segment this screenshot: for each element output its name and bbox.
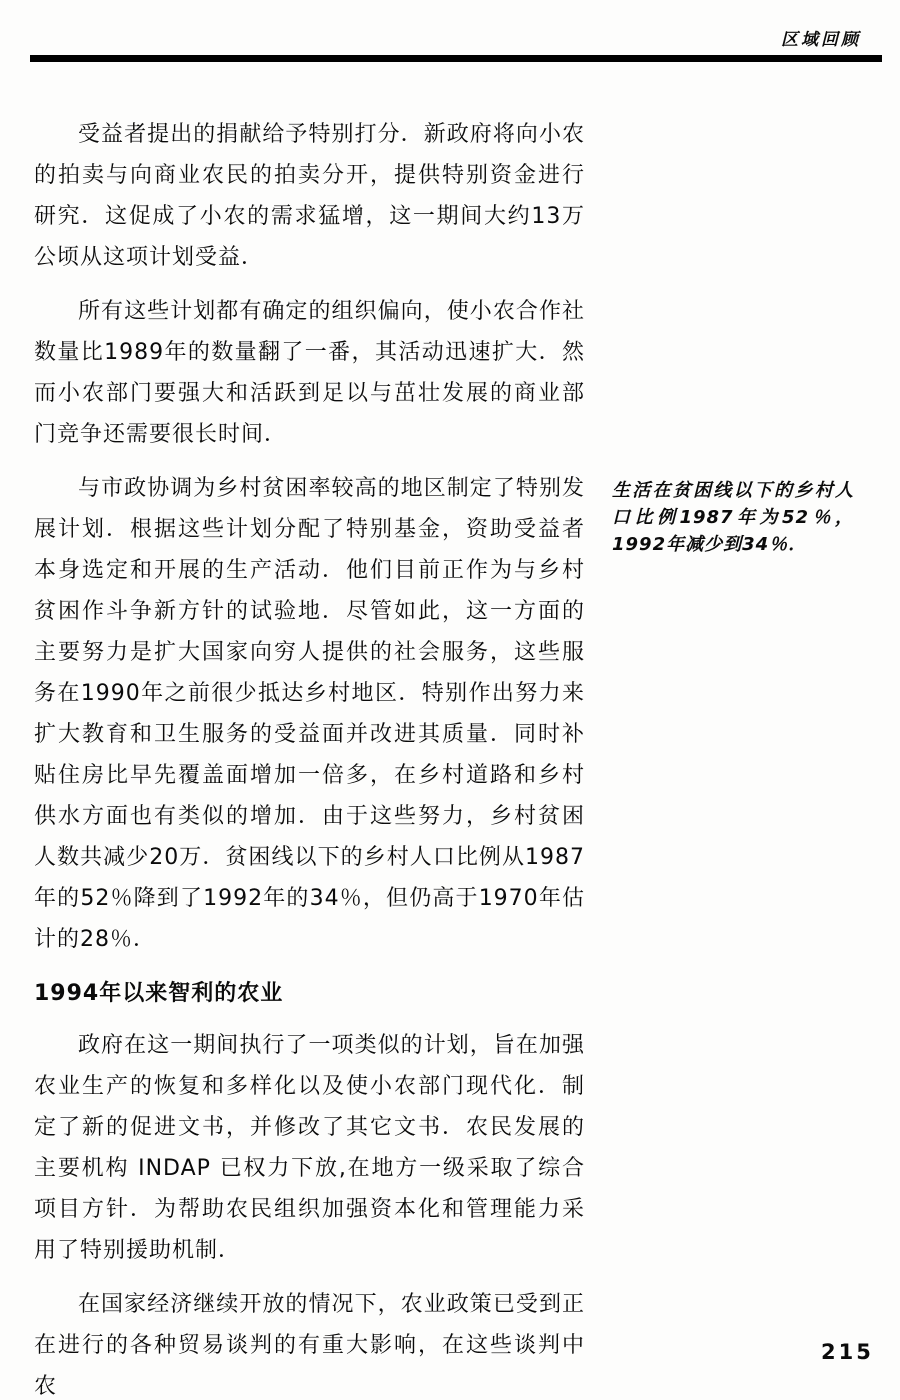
- paragraph-cooperatives: 所有这些计划都有确定的组织偏向，使小农合作社数量比1989年的数量翻了一番，其活…: [34, 291, 585, 455]
- running-header-title: 区域回顾: [781, 25, 881, 50]
- paragraph-benefit-scoring: 受益者提出的捐献给予特别打分．新政府将向小农的拍卖与向商业农民的拍卖分开，提供特…: [34, 114, 585, 278]
- header-rule: [30, 55, 882, 62]
- margin-note-poverty-statistics: 生活在贫困线以下的乡村人口比例1987年为52％，1992年减少到34％．: [612, 477, 854, 558]
- paragraph-government-plan-indap: 政府在这一期间执行了一项类似的计划，旨在加强农业生产的恢复和多样化以及使小农部门…: [34, 1025, 585, 1271]
- main-text-column: 受益者提出的捐献给予特别打分．新政府将向小农的拍卖与向商业农民的拍卖分开，提供特…: [34, 114, 585, 1400]
- document-page: 区域回顾 受益者提出的捐献给予特别打分．新政府将向小农的拍卖与向商业农民的拍卖分…: [0, 0, 900, 1400]
- page-number: 215: [821, 1340, 874, 1364]
- paragraph-rural-poverty-programs: 与市政协调为乡村贫困率较高的地区制定了特别发展计划．根据这些计划分配了特别基金，…: [34, 468, 585, 960]
- paragraph-trade-negotiations: 在国家经济继续开放的情况下，农业政策已受到正在进行的各种贸易谈判的有重大影响，在…: [34, 1284, 585, 1400]
- section-heading-chile-agriculture-1994: 1994年以来智利的农业: [34, 973, 585, 1014]
